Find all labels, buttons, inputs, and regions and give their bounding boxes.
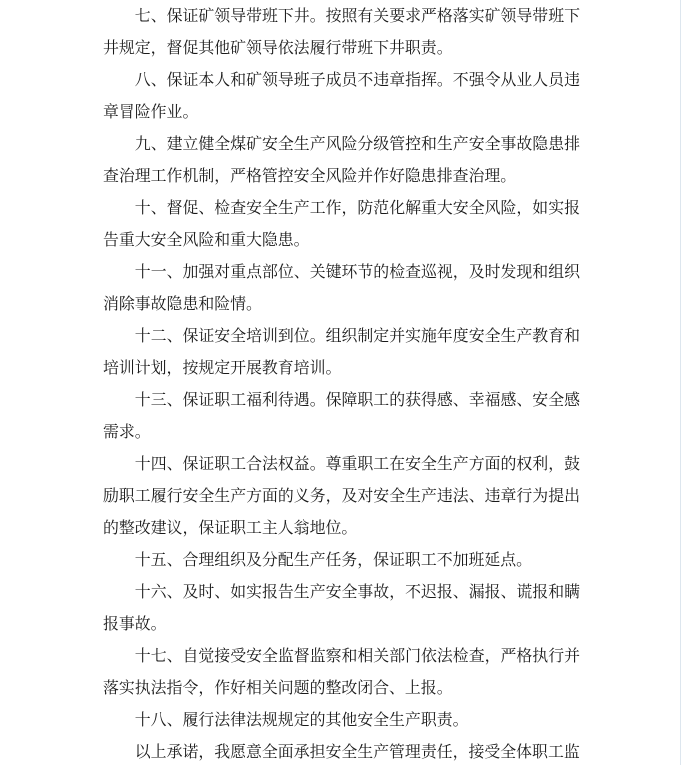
- paragraph-item-9: 九、建立健全煤矿安全生产风险分级管控和生产安全事故隐患排查治理工作机制，严格管控…: [103, 128, 580, 192]
- paragraph-item-13: 十三、保证职工福利待遇。保障职工的获得感、幸福感、安全感需求。: [103, 384, 580, 448]
- paragraph-item-15: 十五、合理组织及分配生产任务，保证职工不加班延点。: [103, 544, 580, 576]
- paragraph-item-14: 十四、保证职工合法权益。尊重职工在安全生产方面的权利，鼓励职工履行安全生产方面的…: [103, 448, 580, 544]
- paragraph-item-16: 十六、及时、如实报告生产安全事故，不迟报、漏报、谎报和瞒报事故。: [103, 576, 580, 640]
- paragraph-item-8: 八、保证本人和矿领导班子成员不违章指挥。不强令从业人员违章冒险作业。: [103, 64, 580, 128]
- document-body: 七、保证矿领导带班下井。按照有关要求严格落实矿领导带班下井规定，督促其他矿领导依…: [103, 0, 580, 765]
- paragraph-item-12: 十二、保证安全培训到位。组织制定并实施年度安全生产教育和培训计划，按规定开展教育…: [103, 320, 580, 384]
- document-page: 七、保证矿领导带班下井。按照有关要求严格落实矿领导带班下井规定，督促其他矿领导依…: [0, 0, 681, 765]
- paragraph-item-10: 十、督促、检查安全生产工作，防范化解重大安全风险，如实报告重大安全风险和重大隐患…: [103, 192, 580, 256]
- paragraph-commitment: 以上承诺，我愿意全面承担安全生产管理责任，接受全体职工监: [103, 736, 580, 765]
- paragraph-item-18: 十八、履行法律法规规定的其他安全生产职责。: [103, 704, 580, 736]
- paragraph-item-11: 十一、加强对重点部位、关键环节的检查巡视，及时发现和组织消除事故隐患和险情。: [103, 256, 580, 320]
- paragraph-item-17: 十七、自觉接受安全监督监察和相关部门依法检查，严格执行并落实执法指令，作好相关问…: [103, 640, 580, 704]
- paragraph-item-7: 七、保证矿领导带班下井。按照有关要求严格落实矿领导带班下井规定，督促其他矿领导依…: [103, 0, 580, 64]
